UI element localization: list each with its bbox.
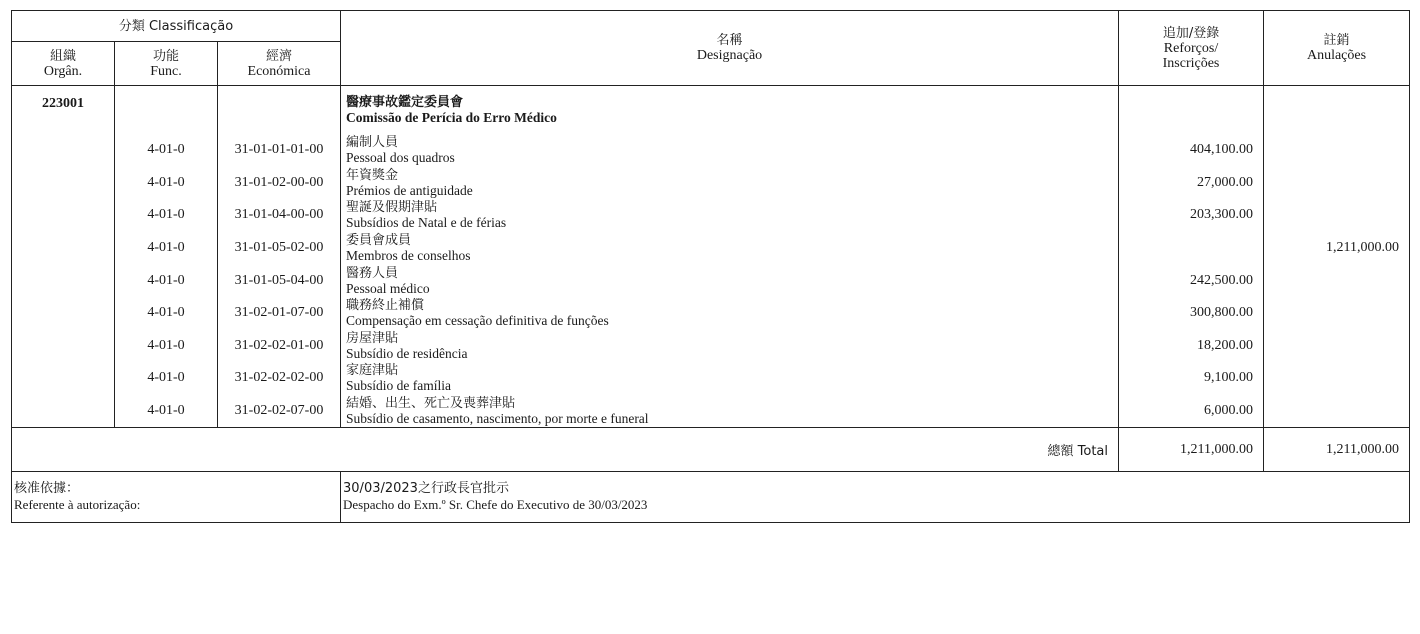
organic-cell — [12, 297, 115, 330]
empty-cell — [115, 86, 218, 135]
functional-code: 4-01-0 — [115, 395, 218, 428]
item-designation: 聖誕及假期津貼 Subsídios de Natal e de férias — [341, 199, 1119, 232]
annulment-amount — [1264, 362, 1410, 395]
annulment-amount — [1264, 134, 1410, 167]
basis-label-zh: 核准依據： — [14, 481, 340, 497]
item-designation: 醫務人員 Pessoal médico — [341, 264, 1119, 297]
item-name-pt: Pessoal médico — [346, 281, 1118, 296]
entity-name-pt: Comissão de Perícia do Erro Médico — [346, 110, 1118, 125]
total-annulment: 1,211,000.00 — [1264, 428, 1410, 472]
reinforcement-amount: 300,800.00 — [1119, 297, 1264, 330]
functional-code: 4-01-0 — [115, 297, 218, 330]
economic-header: 經濟 Económica — [218, 42, 341, 86]
organic-header: 組織 Orgân. — [12, 42, 115, 86]
item-name-zh: 結婚、出生、死亡及喪葬津貼 — [346, 396, 1118, 411]
organic-label-pt: Orgân. — [12, 64, 114, 79]
designation-label-zh: 名稱 — [341, 33, 1118, 48]
empty-cell — [1264, 86, 1410, 135]
annulment-amount: 1,211,000.00 — [1264, 232, 1410, 265]
item-designation: 房屋津貼 Subsídio de residência — [341, 330, 1119, 363]
total-label-text: 總額 Total — [1048, 444, 1109, 459]
table-row: 4-01-0 31-01-05-02-00 委員會成員 Membros de c… — [12, 232, 1410, 265]
classification-header: 分類 Classificação — [12, 11, 341, 42]
authorization-reference: 30/03/2023之行政長官批示 Despacho do Exm.º Sr. … — [341, 472, 1410, 523]
economic-code: 31-02-02-07-00 — [218, 395, 341, 428]
functional-label-pt: Func. — [115, 64, 217, 79]
table-row: 4-01-0 31-02-02-01-00 房屋津貼 Subsídio de r… — [12, 330, 1410, 363]
item-designation: 年資獎金 Prémios de antiguidade — [341, 167, 1119, 200]
organic-code: 223001 — [12, 86, 115, 135]
item-name-zh: 年資獎金 — [346, 168, 1118, 183]
reinforcement-amount: 18,200.00 — [1119, 330, 1264, 363]
annulment-amount — [1264, 395, 1410, 428]
authorization-pt: Despacho do Exm.º Sr. Chefe do Executivo… — [343, 497, 1409, 513]
organic-cell — [12, 330, 115, 363]
economic-label-zh: 經濟 — [218, 49, 340, 64]
item-designation: 職務終止補償 Compensação em cessação definitiv… — [341, 297, 1119, 330]
functional-code: 4-01-0 — [115, 330, 218, 363]
reinforcement-amount: 9,100.00 — [1119, 362, 1264, 395]
item-name-zh: 房屋津貼 — [346, 331, 1118, 346]
item-name-zh: 聖誕及假期津貼 — [346, 200, 1118, 215]
economic-code: 31-02-02-01-00 — [218, 330, 341, 363]
table-row: 4-01-0 31-01-04-00-00 聖誕及假期津貼 Subsídios … — [12, 199, 1410, 232]
annulment-amount — [1264, 297, 1410, 330]
item-designation: 家庭津貼 Subsídio de família — [341, 362, 1119, 395]
authorization-zh: 30/03/2023之行政長官批示 — [343, 481, 1409, 497]
annulments-label-pt: Anulações — [1264, 48, 1409, 63]
economic-code: 31-02-02-02-00 — [218, 362, 341, 395]
table-row: 4-01-0 31-01-02-00-00 年資獎金 Prémios de an… — [12, 167, 1410, 200]
basis-label-pt: Referente à autorização: — [14, 497, 340, 513]
total-label: 總額 Total — [12, 428, 1119, 472]
functional-code: 4-01-0 — [115, 362, 218, 395]
item-name-pt: Subsídio de família — [346, 378, 1118, 393]
reinforcements-label-pt1: Reforços/ — [1119, 41, 1263, 56]
organic-cell — [12, 395, 115, 428]
organic-cell — [12, 199, 115, 232]
annulment-amount — [1264, 264, 1410, 297]
reinforcement-amount: 203,300.00 — [1119, 199, 1264, 232]
economic-code: 31-01-05-04-00 — [218, 264, 341, 297]
item-name-pt: Pessoal dos quadros — [346, 150, 1118, 165]
table-row: 4-01-0 31-01-05-04-00 醫務人員 Pessoal médic… — [12, 264, 1410, 297]
entity-designation: 醫療事故鑑定委員會 Comissão de Perícia do Erro Mé… — [341, 86, 1119, 135]
item-name-zh: 委員會成員 — [346, 233, 1118, 248]
organic-cell — [12, 134, 115, 167]
functional-code: 4-01-0 — [115, 232, 218, 265]
empty-cell — [1119, 86, 1264, 135]
item-name-pt: Subsídios de Natal e de férias — [346, 215, 1118, 230]
functional-code: 4-01-0 — [115, 134, 218, 167]
organic-cell — [12, 232, 115, 265]
item-name-zh: 家庭津貼 — [346, 363, 1118, 378]
functional-code: 4-01-0 — [115, 167, 218, 200]
reinforcement-amount: 242,500.00 — [1119, 264, 1264, 297]
economic-code: 31-01-01-01-00 — [218, 134, 341, 167]
annulment-amount — [1264, 330, 1410, 363]
item-name-zh: 編制人員 — [346, 135, 1118, 150]
economic-code: 31-01-05-02-00 — [218, 232, 341, 265]
organic-label-zh: 組織 — [12, 49, 114, 64]
annulment-amount — [1264, 199, 1410, 232]
item-name-pt: Compensação em cessação definitiva de fu… — [346, 313, 1118, 328]
entity-row: 223001 醫療事故鑑定委員會 Comissão de Perícia do … — [12, 86, 1410, 135]
authorization-basis-label: 核准依據： Referente à autorização: — [12, 472, 341, 523]
functional-header: 功能 Func. — [115, 42, 218, 86]
empty-cell — [218, 86, 341, 135]
item-name-pt: Prémios de antiguidade — [346, 183, 1118, 198]
authorization-row: 核准依據： Referente à autorização: 30/03/202… — [12, 472, 1410, 523]
budget-amendment-table: 分類 Classificação 名稱 Designação 追加/登錄 Ref… — [11, 10, 1410, 523]
classification-label: 分類 Classificação — [119, 19, 233, 34]
reinforcements-header: 追加/登錄 Reforços/ Inscrições — [1119, 11, 1264, 86]
table-row: 4-01-0 31-01-01-01-00 編制人員 Pessoal dos q… — [12, 134, 1410, 167]
annulment-amount — [1264, 167, 1410, 200]
functional-code: 4-01-0 — [115, 264, 218, 297]
economic-code: 31-02-01-07-00 — [218, 297, 341, 330]
item-designation: 結婚、出生、死亡及喪葬津貼 Subsídio de casamento, nas… — [341, 395, 1119, 428]
reinforcement-amount: 27,000.00 — [1119, 167, 1264, 200]
economic-code: 31-01-02-00-00 — [218, 167, 341, 200]
item-name-zh: 職務終止補償 — [346, 298, 1118, 313]
line-items: 4-01-0 31-01-01-01-00 編制人員 Pessoal dos q… — [12, 134, 1410, 428]
reinforcement-amount: 6,000.00 — [1119, 395, 1264, 428]
item-name-pt: Membros de conselhos — [346, 248, 1118, 263]
designation-header: 名稱 Designação — [341, 11, 1119, 86]
annulments-label-zh: 註銷 — [1264, 33, 1409, 48]
reinforcements-label-pt2: Inscrições — [1119, 56, 1263, 71]
item-name-pt: Subsídio de casamento, nascimento, por m… — [346, 411, 1118, 426]
organic-cell — [12, 362, 115, 395]
economic-label-pt: Económica — [218, 64, 340, 79]
total-reinforcement: 1,211,000.00 — [1119, 428, 1264, 472]
item-designation: 編制人員 Pessoal dos quadros — [341, 134, 1119, 167]
organic-cell — [12, 264, 115, 297]
functional-label-zh: 功能 — [115, 49, 217, 64]
item-designation: 委員會成員 Membros de conselhos — [341, 232, 1119, 265]
table-row: 4-01-0 31-02-02-02-00 家庭津貼 Subsídio de f… — [12, 362, 1410, 395]
table-row: 4-01-0 31-02-01-07-00 職務終止補償 Compensação… — [12, 297, 1410, 330]
reinforcement-amount: 404,100.00 — [1119, 134, 1264, 167]
total-row: 總額 Total 1,211,000.00 1,211,000.00 — [12, 428, 1410, 472]
item-name-zh: 醫務人員 — [346, 266, 1118, 281]
designation-label-pt: Designação — [341, 48, 1118, 63]
reinforcements-label-zh: 追加/登錄 — [1119, 26, 1263, 41]
reinforcement-amount — [1119, 232, 1264, 265]
annulments-header: 註銷 Anulações — [1264, 11, 1410, 86]
table-row: 4-01-0 31-02-02-07-00 結婚、出生、死亡及喪葬津貼 Subs… — [12, 395, 1410, 428]
entity-name-zh: 醫療事故鑑定委員會 — [346, 95, 1118, 110]
organic-cell — [12, 167, 115, 200]
functional-code: 4-01-0 — [115, 199, 218, 232]
economic-code: 31-01-04-00-00 — [218, 199, 341, 232]
item-name-pt: Subsídio de residência — [346, 346, 1118, 361]
